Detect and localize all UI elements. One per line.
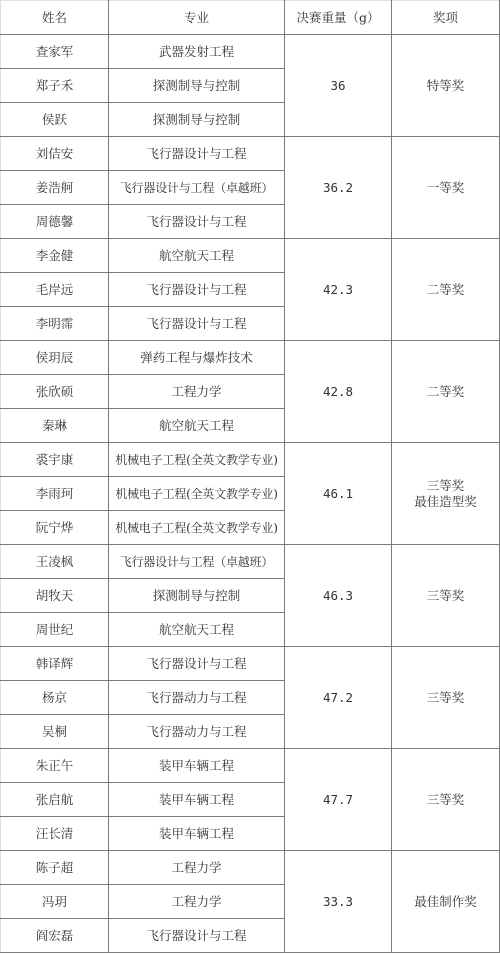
student-major: 飞行器设计与工程 <box>109 273 285 307</box>
student-major: 飞行器设计与工程 <box>109 647 285 681</box>
student-major: 装甲车辆工程 <box>109 817 285 851</box>
table-row: 裘宇康机械电子工程(全英文教学专业)46.1三等奖最佳造型奖 <box>1 443 500 477</box>
student-name: 侯跃 <box>1 103 109 137</box>
student-major: 工程力学 <box>109 885 285 919</box>
student-name: 胡牧天 <box>1 579 109 613</box>
student-major: 装甲车辆工程 <box>109 749 285 783</box>
award-label: 三等奖 <box>392 792 499 808</box>
student-name: 查家军 <box>1 35 109 69</box>
student-major: 航空航天工程 <box>109 409 285 443</box>
student-major: 武器发射工程 <box>109 35 285 69</box>
student-name: 李雨珂 <box>1 477 109 511</box>
student-name: 阎宏磊 <box>1 919 109 953</box>
final-weight: 46.1 <box>285 443 392 545</box>
student-major: 飞行器设计与工程 <box>109 919 285 953</box>
student-name: 张欣硕 <box>1 375 109 409</box>
student-major: 飞行器设计与工程 <box>109 307 285 341</box>
final-weight: 36 <box>285 35 392 137</box>
student-major: 航空航天工程 <box>109 239 285 273</box>
student-name: 李明霈 <box>1 307 109 341</box>
final-weight: 33.3 <box>285 851 392 953</box>
student-major: 飞行器动力与工程 <box>109 715 285 749</box>
student-name: 郑子禾 <box>1 69 109 103</box>
award: 二等奖 <box>392 341 500 443</box>
header-row: 姓名 专业 决赛重量（g） 奖项 <box>1 1 500 35</box>
header-name: 姓名 <box>1 1 109 35</box>
student-name: 吴桐 <box>1 715 109 749</box>
student-name: 裘宇康 <box>1 443 109 477</box>
student-name: 冯玥 <box>1 885 109 919</box>
student-name: 陈子超 <box>1 851 109 885</box>
header-major: 专业 <box>109 1 285 35</box>
table-row: 陈子超工程力学33.3最佳制作奖 <box>1 851 500 885</box>
student-major: 飞行器设计与工程 <box>109 205 285 239</box>
award-label: 三等奖 <box>392 588 499 604</box>
table-row: 朱正午装甲车辆工程47.7三等奖 <box>1 749 500 783</box>
table-row: 刘佶安飞行器设计与工程36.2一等奖 <box>1 137 500 171</box>
student-major: 装甲车辆工程 <box>109 783 285 817</box>
table-row: 侯玥辰弹药工程与爆炸技术42.8二等奖 <box>1 341 500 375</box>
student-name: 张启航 <box>1 783 109 817</box>
student-name: 汪长清 <box>1 817 109 851</box>
final-weight: 47.7 <box>285 749 392 851</box>
student-name: 韩译辉 <box>1 647 109 681</box>
student-major: 机械电子工程(全英文教学专业) <box>109 443 285 477</box>
student-name: 杨京 <box>1 681 109 715</box>
student-major: 工程力学 <box>109 851 285 885</box>
table-row: 韩译辉飞行器设计与工程47.2三等奖 <box>1 647 500 681</box>
student-name: 周德馨 <box>1 205 109 239</box>
award-label: 三等奖 <box>392 690 499 706</box>
student-name: 姜浩舸 <box>1 171 109 205</box>
award: 三等奖 <box>392 647 500 749</box>
student-major: 飞行器设计与工程（卓越班） <box>109 545 285 579</box>
header-award: 奖项 <box>392 1 500 35</box>
student-major: 飞行器设计与工程（卓越班） <box>109 171 285 205</box>
student-name: 周世纪 <box>1 613 109 647</box>
student-major: 飞行器动力与工程 <box>109 681 285 715</box>
award: 一等奖 <box>392 137 500 239</box>
student-major: 探测制导与控制 <box>109 69 285 103</box>
award-label: 二等奖 <box>392 282 499 298</box>
student-major: 机械电子工程(全英文教学专业) <box>109 477 285 511</box>
award: 三等奖 <box>392 749 500 851</box>
table-body: 查家军武器发射工程36特等奖郑子禾探测制导与控制侯跃探测制导与控制刘佶安飞行器设… <box>1 35 500 953</box>
header-weight: 决赛重量（g） <box>285 1 392 35</box>
student-major: 机械电子工程(全英文教学专业) <box>109 511 285 545</box>
award-label: 三等奖 <box>392 478 499 494</box>
student-major: 弹药工程与爆炸技术 <box>109 341 285 375</box>
student-name: 刘佶安 <box>1 137 109 171</box>
table-row: 王凌枫飞行器设计与工程（卓越班）46.3三等奖 <box>1 545 500 579</box>
final-weight: 46.3 <box>285 545 392 647</box>
award: 三等奖 <box>392 545 500 647</box>
table-row: 查家军武器发射工程36特等奖 <box>1 35 500 69</box>
student-major: 探测制导与控制 <box>109 579 285 613</box>
student-name: 秦琳 <box>1 409 109 443</box>
student-major: 探测制导与控制 <box>109 103 285 137</box>
final-weight: 47.2 <box>285 647 392 749</box>
student-major: 航空航天工程 <box>109 613 285 647</box>
final-weight: 42.3 <box>285 239 392 341</box>
award-label: 二等奖 <box>392 384 499 400</box>
student-name: 王凌枫 <box>1 545 109 579</box>
student-name: 朱正午 <box>1 749 109 783</box>
student-name: 毛岸远 <box>1 273 109 307</box>
student-major: 工程力学 <box>109 375 285 409</box>
award-label: 最佳制作奖 <box>392 894 499 910</box>
student-major: 飞行器设计与工程 <box>109 137 285 171</box>
student-name: 阮宁烨 <box>1 511 109 545</box>
award-label: 一等奖 <box>392 180 499 196</box>
final-weight: 36.2 <box>285 137 392 239</box>
award: 特等奖 <box>392 35 500 137</box>
table-row: 李金健航空航天工程42.3二等奖 <box>1 239 500 273</box>
award: 三等奖最佳造型奖 <box>392 443 500 545</box>
final-weight: 42.8 <box>285 341 392 443</box>
awards-table: 姓名 专业 决赛重量（g） 奖项 查家军武器发射工程36特等奖郑子禾探测制导与控… <box>0 0 500 953</box>
award-label: 特等奖 <box>392 78 499 94</box>
student-name: 李金健 <box>1 239 109 273</box>
award: 最佳制作奖 <box>392 851 500 953</box>
award-label: 最佳造型奖 <box>392 494 499 510</box>
student-name: 侯玥辰 <box>1 341 109 375</box>
award: 二等奖 <box>392 239 500 341</box>
